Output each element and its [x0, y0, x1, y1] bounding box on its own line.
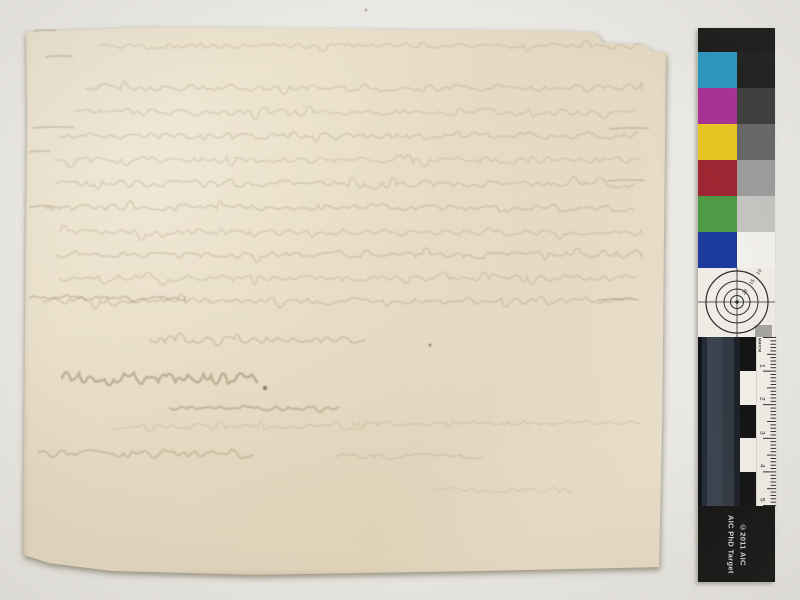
checker-cell: [740, 337, 756, 371]
checker-cell: [740, 438, 756, 472]
manuscript-page: [22, 20, 670, 576]
checker-cell: [740, 371, 756, 405]
patch-black: [737, 52, 776, 88]
patch-crimson: [698, 160, 737, 196]
patch-gray-40: [737, 160, 776, 196]
patch-cyan: [698, 52, 737, 88]
photograph-scene: 10 15 20 MM/CM 12345 ©2011 AIC AIC PhD T…: [0, 0, 800, 600]
manuscript-paper-wrap: [22, 20, 670, 576]
target-top-black-bar: [698, 28, 775, 52]
ruler-number: 1: [758, 364, 765, 368]
ruler-ticks: [757, 337, 776, 506]
patch-gray-20: [737, 196, 776, 232]
ruler-number: 2: [758, 397, 765, 401]
patch-gray-80: [737, 88, 776, 124]
checker-cell: [740, 405, 756, 439]
patch-green: [698, 196, 737, 232]
resolution-lines: [755, 326, 772, 336]
target-label-text: ©2011 AIC AIC PhD Target: [725, 515, 749, 574]
focus-bullseye: 10 15 20: [698, 268, 775, 337]
patch-white: [737, 232, 776, 268]
calibration-target: 10 15 20 MM/CM 12345 ©2011 AIC AIC PhD T…: [698, 28, 775, 582]
gloss-patch: [698, 337, 740, 506]
ruler-number: 5: [758, 498, 765, 502]
patch-blue: [698, 232, 737, 268]
target-copyright: ©2011 AIC: [737, 515, 749, 574]
target-title: AIC PhD Target: [725, 515, 737, 574]
checker-cell: [740, 472, 756, 506]
patch-gray-60: [737, 124, 776, 160]
checker-column: [740, 337, 756, 506]
patch-magenta: [698, 88, 737, 124]
ruler-unit-label: MM/CM: [757, 338, 761, 352]
ruler-section: MM/CM 12345: [698, 337, 775, 506]
patch-yellow: [698, 124, 737, 160]
ruler-number: 4: [758, 464, 765, 468]
color-patch-grid: [698, 52, 775, 268]
ruler: MM/CM 12345: [756, 337, 776, 506]
ruler-number: 3: [758, 431, 765, 435]
ink-dot: [365, 9, 367, 11]
bullseye-graphic: [698, 268, 775, 337]
target-label-block: ©2011 AIC AIC PhD Target: [698, 506, 775, 582]
